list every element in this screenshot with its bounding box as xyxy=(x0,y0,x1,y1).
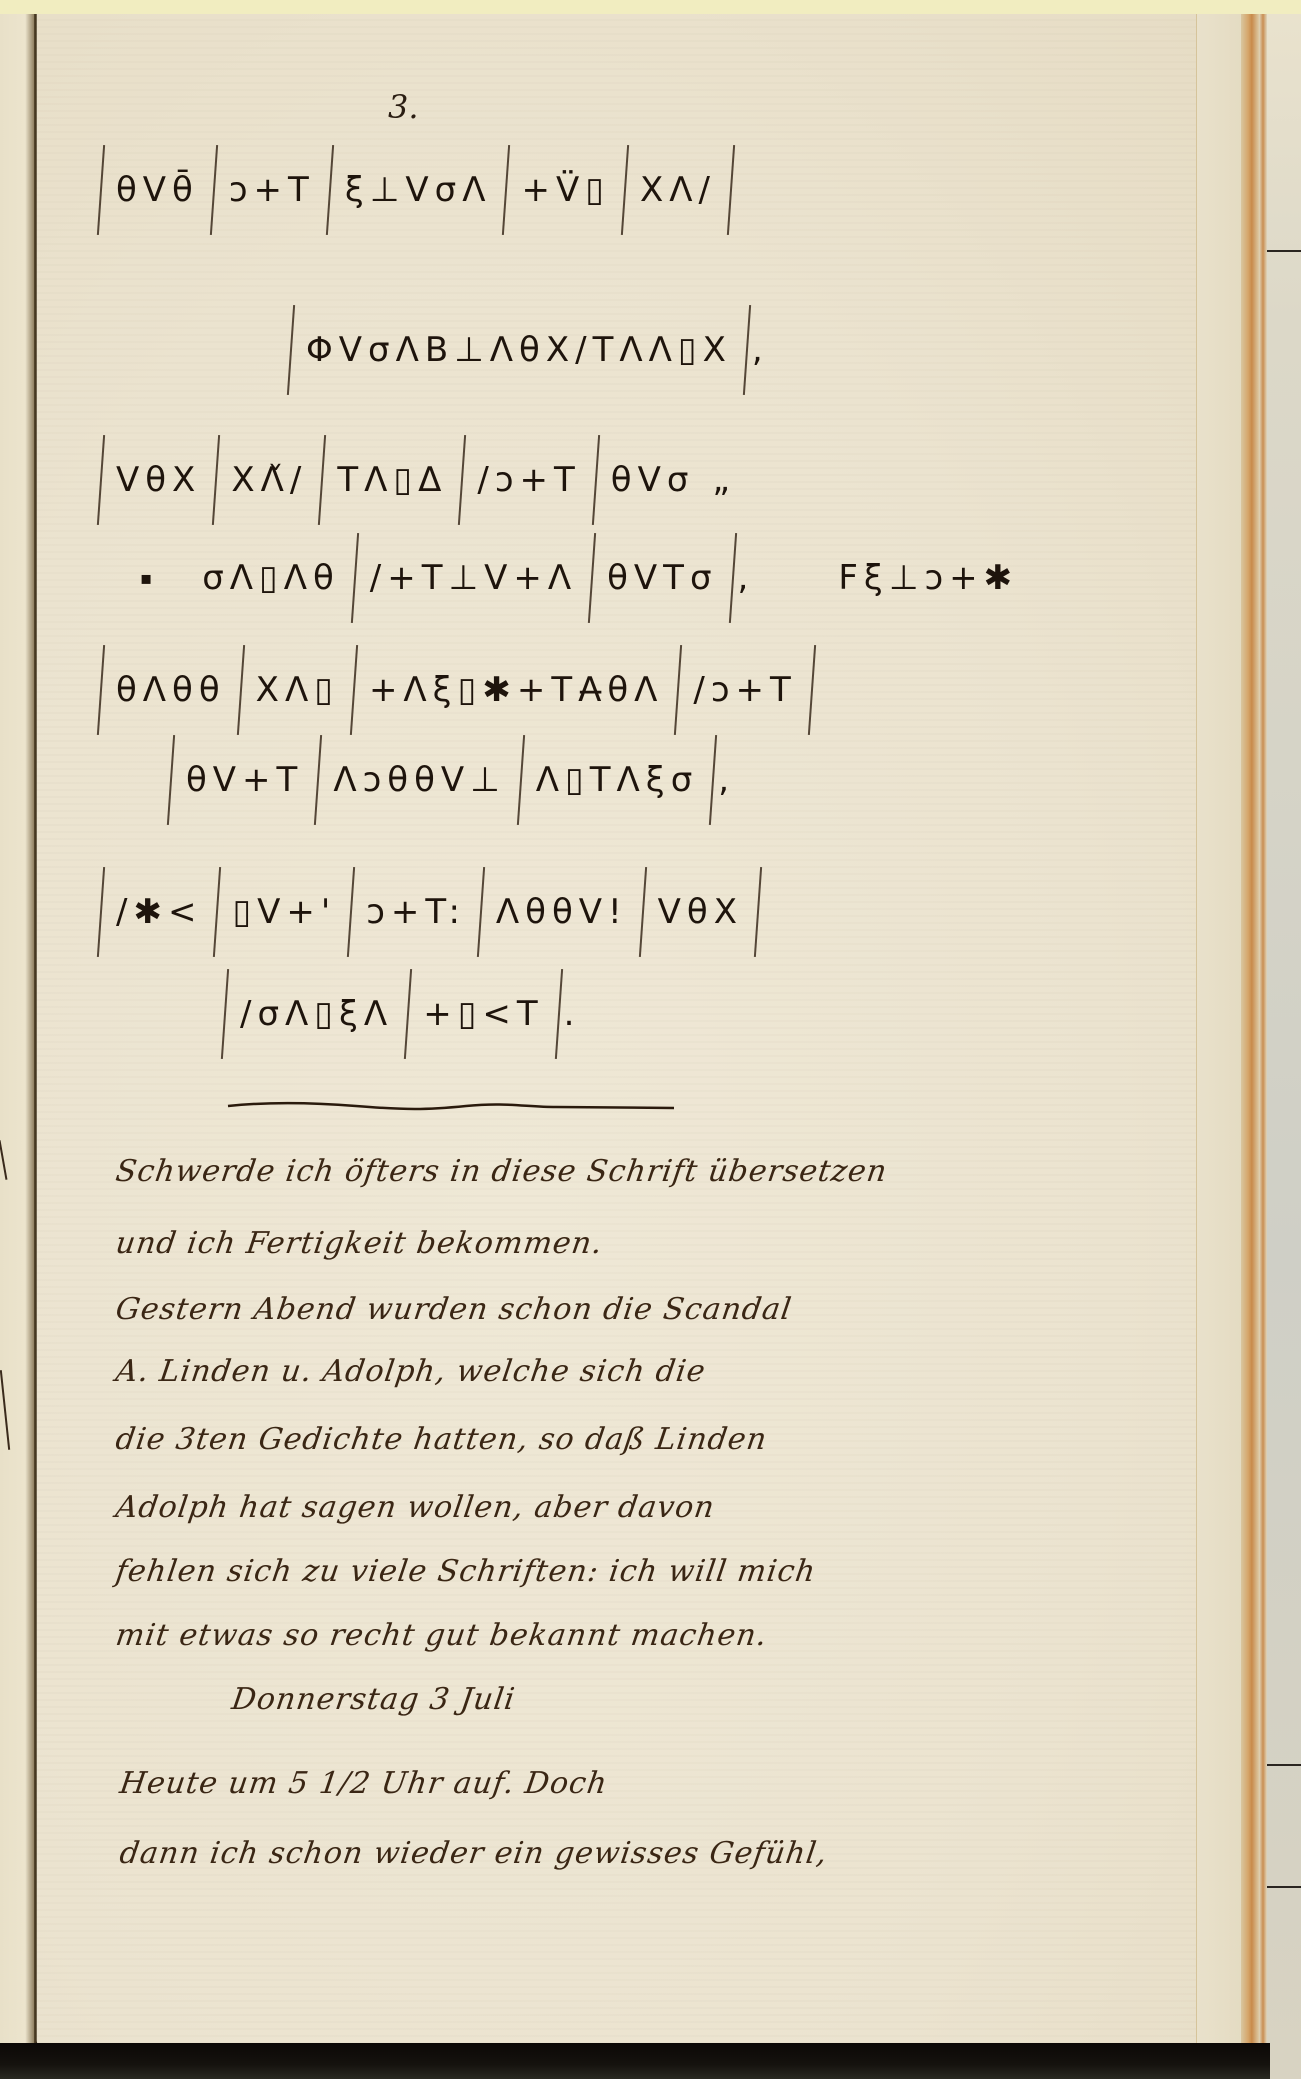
cipher-word: /ɔ+T xyxy=(463,460,594,500)
cipher-line-5: θΛθθ XΛ▯ +Λξ▯✱+TΛ̶θΛ /ɔ+T xyxy=(100,650,813,730)
cipher-line-2: ΦVσΛB⊥ΛθX/TΛΛ▯X , xyxy=(290,310,769,390)
handwritten-date-heading: Donnerstag 3 Juli xyxy=(230,1682,518,1717)
facing-page-edge xyxy=(0,14,36,2054)
handwritten-line-5: die 3ten Gedichte hatten, so daß Linden xyxy=(114,1422,770,1457)
punctuation: . xyxy=(564,994,581,1034)
underlying-pages xyxy=(1267,14,1301,2079)
handwritten-line-1: Schwerde ich öfters in diese Schrift übe… xyxy=(114,1154,890,1189)
stained-page-edge-inner xyxy=(1259,14,1267,2044)
cipher-word: TΛ▯Δ xyxy=(323,460,461,500)
cipher-word: XΛ▯ xyxy=(242,670,353,710)
cipher-line-8: /σΛ▯ξΛ +▯<T . xyxy=(224,974,580,1054)
cipher-word: ▯V+' xyxy=(218,892,350,932)
cipher-word: /✱< xyxy=(102,892,216,932)
cipher-word: θΛθθ xyxy=(102,670,240,710)
cipher-word: ɔ+T: xyxy=(352,892,480,932)
cipher-word: VθX xyxy=(102,460,215,500)
top-border-strip xyxy=(0,0,1301,14)
bottom-shadow xyxy=(0,2043,1270,2079)
section-divider-rule xyxy=(226,1100,676,1112)
cipher-word: ξ⊥VσΛ xyxy=(331,170,506,210)
page-notch xyxy=(1267,1764,1301,1766)
cipher-word: +Λξ▯✱+TΛ̶θΛ xyxy=(355,670,677,710)
cipher-word: ΛɔθθV⊥ xyxy=(319,760,519,800)
handwritten-line-9: Heute um 5 1/2 Uhr auf. Doch xyxy=(118,1766,610,1801)
page-notch xyxy=(1267,1886,1301,1888)
cipher-word: σΛ▯Λθ xyxy=(188,558,354,598)
punctuation: „ xyxy=(712,460,736,500)
cipher-word: ɔ+T xyxy=(215,170,329,210)
handwritten-line-2: und ich Fertigkeit bekommen. xyxy=(114,1226,606,1261)
cipher-word: ΦVσΛB⊥ΛθX/TΛΛ▯X xyxy=(292,330,746,370)
cipher-word: Λ▯TΛξσ xyxy=(522,760,713,800)
punctuation: , xyxy=(752,330,769,370)
binding-gutter xyxy=(34,14,37,2044)
punctuation: , xyxy=(718,760,735,800)
cipher-word: +▯<T xyxy=(409,994,557,1034)
cipher-word: VθX xyxy=(644,892,757,932)
ink-blot: ▪ xyxy=(140,568,158,589)
manuscript-page: 3. θVθ̄ ɔ+T ξ⊥VσΛ +V̈▯ XΛ/ ΦVσΛB⊥ΛθX/TΛΛ… xyxy=(36,14,1232,2044)
page-fore-edge xyxy=(1196,14,1242,2044)
cipher-line-3: VθX XΛ̌/ TΛ▯Δ /ɔ+T θVσ „ xyxy=(100,440,736,520)
cipher-line-7: /✱< ▯V+' ɔ+T: ΛθθV! VθX xyxy=(100,872,759,952)
page-notch xyxy=(1267,250,1301,252)
cipher-line-6: θV+T ΛɔθθV⊥ Λ▯TΛξσ , xyxy=(170,740,735,820)
cipher-word: θVθ̄ xyxy=(102,170,213,210)
cipher-word: ΛθθV! xyxy=(482,892,642,932)
cipher-line-1: θVθ̄ ɔ+T ξ⊥VσΛ +V̈▯ XΛ/ xyxy=(100,150,732,230)
handwritten-line-8: mit etwas so recht gut bekannt machen. xyxy=(114,1618,770,1653)
cipher-word: +V̈▯ xyxy=(507,170,623,210)
punctuation: , xyxy=(738,558,755,598)
cipher-word: /ɔ+T xyxy=(679,670,810,710)
stained-page-edge xyxy=(1241,14,1259,2044)
cipher-line-4: ▪ σΛ▯Λθ /+T⊥V+Λ θVTσ , Fξ⊥ɔ+✱ xyxy=(136,538,1032,618)
cipher-word: XΛ/ xyxy=(626,170,730,210)
cipher-word: XΛ̌/ xyxy=(217,460,321,500)
cipher-word: θVTσ xyxy=(593,558,731,598)
page-number: 3. xyxy=(388,88,419,126)
handwritten-line-4: A. Linden u. Adolph, welche sich die xyxy=(114,1354,708,1389)
handwritten-line-6: Adolph hat sagen wollen, aber davon xyxy=(114,1490,718,1525)
margin-cipher-note: Fξ⊥ɔ+✱ xyxy=(824,558,1032,598)
handwritten-line-7: fehlen sich zu viele Schriften: ich will… xyxy=(114,1554,819,1589)
handwritten-line-10: dann ich schon wieder ein gewisses Gefüh… xyxy=(118,1836,830,1871)
cipher-word: θV+T xyxy=(172,760,317,800)
cipher-word: /σΛ▯ξΛ xyxy=(226,994,407,1034)
handwritten-line-3: Gestern Abend wurden schon die Scandal xyxy=(114,1292,795,1327)
cipher-word: /+T⊥V+Λ xyxy=(356,558,591,598)
cipher-word: θVσ xyxy=(597,460,709,500)
